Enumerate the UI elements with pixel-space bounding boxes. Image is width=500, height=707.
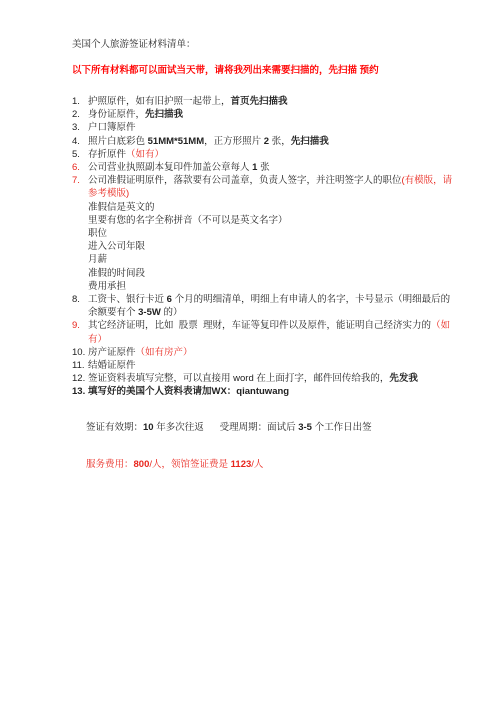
- material-list: 1.护照原件，如有旧护照一起带上，首页先扫描我2.身份证原件，先扫描我3.户口簿…: [72, 95, 452, 399]
- item-text: 护照原件，如有旧护照一起带上，首页先扫描我: [88, 95, 288, 108]
- list-item: 费用承担: [72, 280, 452, 293]
- item-text: 费用承担: [88, 280, 126, 293]
- text-segment: [204, 422, 220, 433]
- text-segment: 签证资料表填写完整，可以直接用 word 在上面打字，邮件回传给我的，: [88, 373, 389, 384]
- notice-text: 以下所有材料都可以面试当天带，请将我列出来需要扫描的，先扫描 预约: [72, 64, 379, 77]
- text-segment: 受理周期：面试后: [220, 422, 299, 433]
- item-text: 结婚证原件: [88, 359, 136, 372]
- text-segment: 签证有效期：: [86, 422, 143, 433]
- list-item: 1.护照原件，如有旧护照一起带上，首页先扫描我: [72, 95, 452, 108]
- text-segment: 公司准假证明原件，落款要有公司盖章，负责人签字，并注明签字人的职位: [88, 175, 402, 186]
- item-text: 照片白底彩色 51MM*51MM，正方形照片 2 张，先扫描我: [88, 135, 329, 148]
- text-segment: 个工作日出签: [312, 422, 372, 433]
- text-segment: 里要有您的名字全称拼音（不可以是英文名字）: [88, 215, 288, 226]
- text-segment: 结婚证原件: [88, 360, 136, 371]
- list-item: 7.公司准假证明原件，落款要有公司盖章，负责人签字，并注明签字人的职位(有模版，…: [72, 174, 452, 200]
- item-text: 存折原件（如有）: [88, 148, 164, 161]
- text-segment: 填写好的美国个人资料表请加WX：qiantuwang: [88, 386, 289, 397]
- list-item: 进入公司年限: [72, 240, 452, 253]
- text-segment: 51MM*51MM: [148, 136, 205, 147]
- text-segment: 存折原件: [88, 149, 126, 160]
- text-segment: （如有房产）: [136, 347, 193, 358]
- item-text: 工资卡、银行卡近 6 个月的明细清单，明细上有申请人的名字，卡号显示（明细最后的…: [88, 293, 450, 319]
- text-segment: 先发我: [389, 373, 418, 384]
- item-number: 5.: [72, 148, 88, 161]
- text-segment: 照片白底彩色: [88, 136, 148, 147]
- text-segment: 10: [143, 422, 154, 433]
- text-segment: 3-5W: [138, 307, 161, 318]
- text-segment: /人: [251, 459, 263, 470]
- item-number: 13.: [72, 385, 88, 398]
- visa-validity-line: 签证有效期：10 年多次往返 受理周期：面试后 3-5 个工作日出签: [86, 421, 372, 434]
- text-segment: 张，: [269, 136, 291, 147]
- text-segment: 准假的时间段: [88, 268, 145, 279]
- list-item: 12.签证资料表填写完整，可以直接用 word 在上面打字，邮件回传给我的，先发…: [72, 372, 452, 385]
- text-segment: 护照原件，如有旧护照一起带上，: [88, 96, 231, 107]
- list-item: 里要有您的名字全称拼音（不可以是英文名字）: [72, 214, 452, 227]
- item-number: 11.: [72, 359, 88, 372]
- item-number: 6.: [72, 161, 88, 174]
- page-title: 美国个人旅游签证材料清单：: [72, 38, 196, 51]
- text-segment: 3-5: [298, 422, 312, 433]
- list-item: 3.户口簿原件: [72, 121, 452, 134]
- text-segment: 先扫描我: [291, 136, 329, 147]
- item-number: 7.: [72, 174, 88, 187]
- text-segment: 首页先扫描我: [231, 96, 288, 107]
- item-text: 进入公司年限: [88, 240, 145, 253]
- item-text: 身份证原件，先扫描我: [88, 108, 183, 121]
- list-item: 6.公司营业执照副本复印件加盖公章每人 1 张: [72, 161, 452, 174]
- item-text: 准假的时间段: [88, 267, 145, 280]
- list-item: 8.工资卡、银行卡近 6 个月的明细清单，明细上有申请人的名字，卡号显示（明细最…: [72, 293, 452, 319]
- list-item: 9.其它经济证明，比如 股票 理财，车证等复印件以及原件，能证明自己经济实力的（…: [72, 319, 452, 345]
- item-text: 里要有您的名字全称拼音（不可以是英文名字）: [88, 214, 288, 227]
- list-item: 2.身份证原件，先扫描我: [72, 108, 452, 121]
- item-text: 其它经济证明，比如 股票 理财，车证等复印件以及原件，能证明自己经济实力的（如 …: [88, 319, 450, 345]
- list-item: 11.结婚证原件: [72, 359, 452, 372]
- text-segment: ，正方形照片: [204, 136, 264, 147]
- text-segment: 户口簿原件: [88, 122, 136, 133]
- text-segment: 房产证原件: [88, 347, 136, 358]
- text-segment: （如有）: [126, 149, 164, 160]
- item-number: 4.: [72, 135, 88, 148]
- document-page: 美国个人旅游签证材料清单： 以下所有材料都可以面试当天带，请将我列出来需要扫描的…: [0, 0, 500, 707]
- item-text: 准假信是英文的: [88, 201, 155, 214]
- text-segment: 职位: [88, 228, 107, 239]
- text-segment: 费用承担: [88, 281, 126, 292]
- item-text: 职位: [88, 227, 107, 240]
- item-number: 12.: [72, 372, 88, 385]
- item-text: 户口簿原件: [88, 121, 136, 134]
- item-number: 2.: [72, 108, 88, 121]
- text-segment: 身份证原件，: [88, 109, 145, 120]
- item-number: 1.: [72, 95, 88, 108]
- text-segment: 工资卡、银行卡近: [88, 294, 167, 305]
- list-item: 10.房产证原件（如有房产）: [72, 346, 452, 359]
- text-segment: 公司营业执照副本复印件加盖公章每人: [88, 162, 252, 173]
- list-item: 准假信是英文的: [72, 201, 452, 214]
- list-item: 准假的时间段: [72, 267, 452, 280]
- text-segment: 准假信是英文的: [88, 202, 155, 213]
- item-number: 10.: [72, 346, 88, 359]
- item-text: 房产证原件（如有房产）: [88, 346, 193, 359]
- text-segment: 月薪: [88, 254, 107, 265]
- list-item: 4.照片白底彩色 51MM*51MM，正方形照片 2 张，先扫描我: [72, 135, 452, 148]
- list-item: 5.存折原件（如有）: [72, 148, 452, 161]
- text-segment: 服务费用：: [86, 459, 134, 470]
- item-text: 公司准假证明原件，落款要有公司盖章，负责人签字，并注明签字人的职位(有模版，请 …: [88, 174, 452, 200]
- text-segment: 的）: [161, 307, 183, 318]
- list-item: 月薪: [72, 253, 452, 266]
- text-segment: 先扫描我: [145, 109, 183, 120]
- item-text: 公司营业执照副本复印件加盖公章每人 1 张: [88, 161, 270, 174]
- item-text: 月薪: [88, 253, 107, 266]
- list-item: 13.填写好的美国个人资料表请加WX：qiantuwang: [72, 385, 452, 398]
- text-segment: 年多次往返: [154, 422, 204, 433]
- service-fee-line: 服务费用：800/人，领馆签证费是 1123/人: [86, 458, 263, 471]
- text-segment: 1123: [231, 459, 252, 470]
- text-segment: /人，领馆签证费是: [149, 459, 230, 470]
- item-number: 3.: [72, 121, 88, 134]
- item-number: 8.: [72, 293, 88, 306]
- item-text: 填写好的美国个人资料表请加WX：qiantuwang: [88, 385, 289, 398]
- item-text: 签证资料表填写完整，可以直接用 word 在上面打字，邮件回传给我的，先发我: [88, 372, 418, 385]
- text-segment: 进入公司年限: [88, 241, 145, 252]
- text-segment: 其它经济证明，比如 股票 理财，车证等复印件以及原件，能证明自己经济实力的: [88, 320, 431, 331]
- text-segment: 800: [134, 459, 150, 470]
- item-number: 9.: [72, 319, 88, 332]
- text-segment: 张: [257, 162, 269, 173]
- list-item: 职位: [72, 227, 452, 240]
